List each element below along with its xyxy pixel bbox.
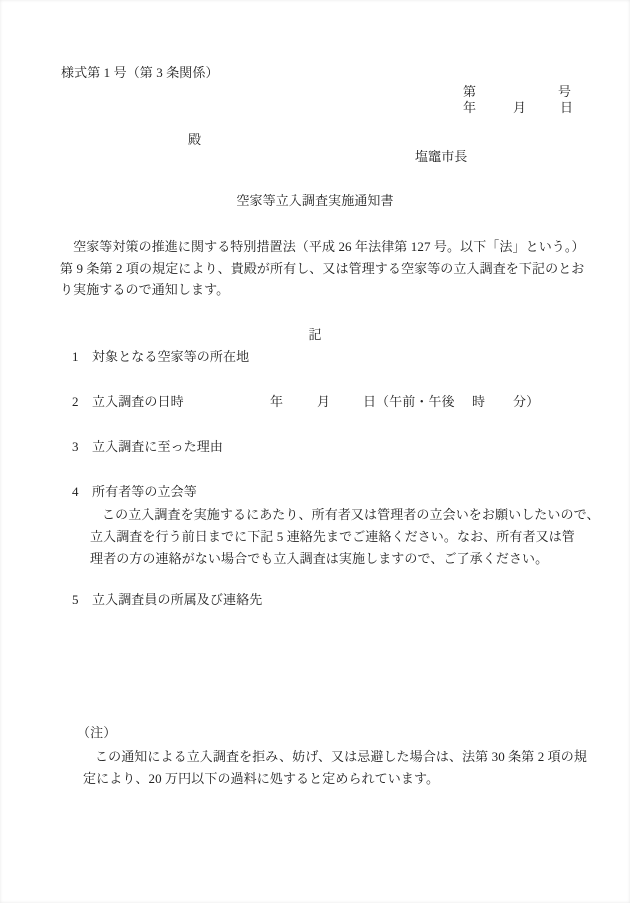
sender-name: 塩竈市長: [415, 149, 467, 165]
item-4-body-line: 理者の方の連絡がない場合でも立入調査は実施しますので、ご了承ください。: [90, 551, 548, 567]
addressee-honorific: 殿: [188, 132, 201, 148]
doc-number-suffix: 号: [558, 84, 571, 100]
item-3-number: 3: [72, 439, 79, 455]
item-2-minute-label: 分）: [513, 394, 539, 410]
ki-separator-label: 記: [0, 327, 630, 343]
note-label: （注）: [77, 725, 116, 741]
item-2-ampm-label: （午前・午後: [376, 394, 455, 410]
item-3-label: 立入調査に至った理由: [92, 439, 223, 455]
item-4-label: 所有者等の立会等: [92, 484, 197, 500]
item-2-label: 立入調査の日時: [92, 394, 184, 410]
intro-paragraph-line: り実施するので通知します。: [60, 282, 229, 298]
item-2-number: 2: [72, 394, 79, 410]
item-2-month-label: 月: [317, 394, 330, 410]
item-4-body-line: この立入調査を実施するにあたり、所有者又は管理者の立会いをお願いしたいので、: [102, 507, 600, 523]
item-4-number: 4: [72, 484, 79, 500]
date-day-label: 日: [560, 100, 573, 116]
item-5-label: 立入調査員の所属及び連絡先: [92, 592, 262, 608]
item-2-hour-label: 時: [472, 394, 485, 410]
note-body-line: この通知による立入調査を拒み、妨げ、又は忌避した場合は、法第 30 条第 2 項…: [95, 749, 587, 765]
doc-number-prefix: 第: [463, 84, 476, 100]
item-5-number: 5: [72, 592, 79, 608]
intro-paragraph-line: 空家等対策の推進に関する特別措置法（平成 26 年法律第 127 号。以下「法」…: [60, 239, 585, 255]
intro-paragraph-line: 第 9 条第 2 項の規定により、貴殿が所有し、又は管理する空家等の立入調査を下…: [60, 261, 584, 277]
note-body-line: 定により、20 万円以下の過料に処すると定められています。: [83, 771, 439, 787]
item-4-body-line: 立入調査を行う前日までに下記 5 連絡先までご連絡ください。なお、所有者又は管: [90, 529, 575, 545]
item-1-number: 1: [72, 349, 79, 365]
item-2-year-label: 年: [270, 394, 283, 410]
document-title: 空家等立入調査実施通知書: [0, 193, 630, 209]
item-2-day-label: 日: [363, 394, 376, 410]
date-year-label: 年: [463, 100, 476, 116]
document-page: 様式第 1 号（第 3 条関係） 第 号 年 月 日 殿 塩竈市長 空家等立入調…: [0, 0, 630, 903]
date-month-label: 月: [513, 100, 526, 116]
item-1-label: 対象となる空家等の所在地: [92, 349, 249, 365]
form-style-label: 様式第 1 号（第 3 条関係）: [61, 65, 219, 81]
